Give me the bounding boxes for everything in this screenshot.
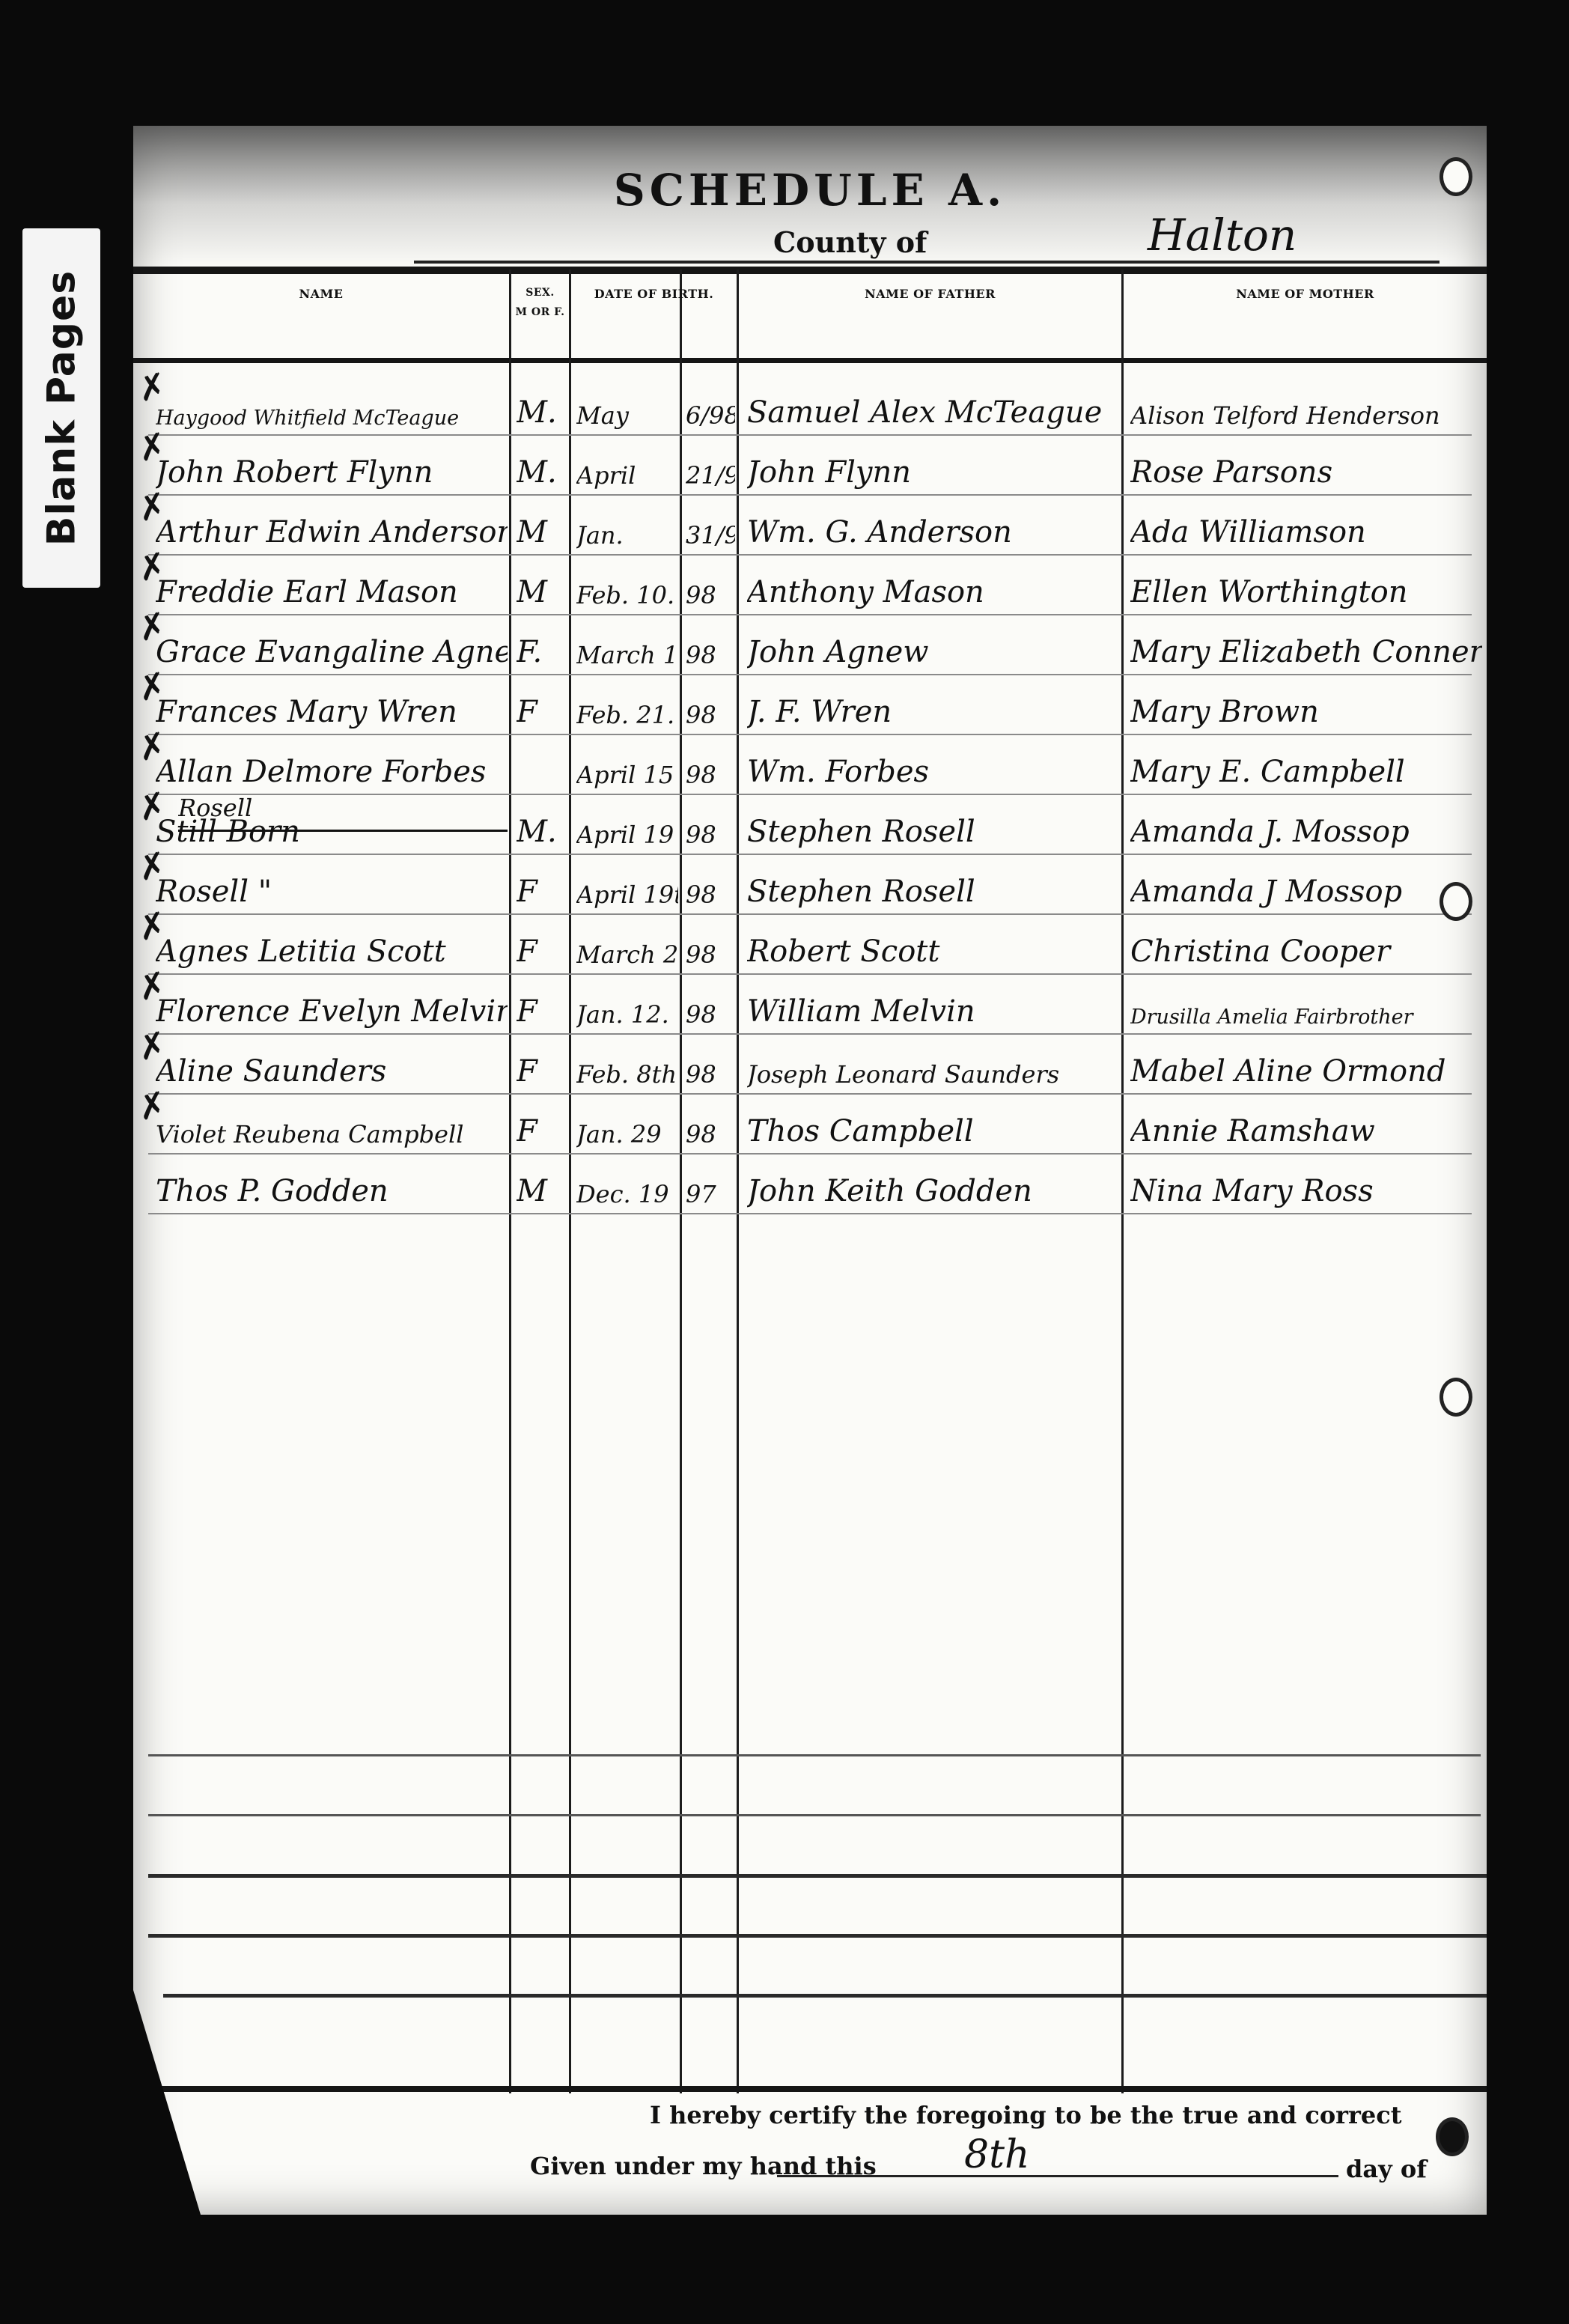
cell-date: April 19th	[576, 880, 678, 909]
county-value: Halton	[1148, 210, 1297, 261]
cell-father: John Keith Godden	[747, 1174, 1120, 1208]
row-rule	[148, 1153, 1472, 1155]
cell-year: 98	[686, 940, 735, 969]
cell-date: Jan. 12.	[576, 1000, 678, 1029]
register-row: ✗Haygood Whitfield McTeagueM.May6/98Samu…	[133, 377, 1487, 437]
cell-name: Florence Evelyn Melvin	[156, 994, 508, 1029]
cell-mother: Ellen Worthington	[1130, 575, 1482, 609]
cell-sex: M	[517, 515, 567, 550]
cell-father: Joseph Leonard Saunders	[747, 1060, 1120, 1089]
row-rule	[148, 1093, 1472, 1095]
cell-name: Aline Saunders	[156, 1054, 508, 1089]
punch-hole-top	[1439, 157, 1472, 196]
cell-date: Feb. 10.	[576, 581, 678, 609]
cross-mark-icon: ✗	[134, 365, 171, 410]
row-rule	[148, 434, 1472, 436]
cell-date: April 15	[576, 761, 678, 789]
cell-date: Feb. 8th	[576, 1060, 678, 1089]
cell-father: William Melvin	[747, 994, 1120, 1029]
column-header-sex-line2: M or F.	[511, 302, 569, 322]
given-day-value: 8th	[964, 2132, 1029, 2177]
cell-name: Agnes Letitia Scott	[156, 934, 508, 969]
row-rule	[148, 674, 1472, 675]
cell-mother: Christina Cooper	[1130, 934, 1482, 969]
register-row: ✗Aline SaundersFFeb. 8th98Joseph Leonard…	[133, 1036, 1487, 1096]
lower-rule	[148, 1934, 1487, 1938]
cell-year: 98	[686, 1120, 735, 1149]
cell-sex: F	[517, 695, 567, 729]
register-row: ✗Frances Mary WrenFFeb. 21.98J. F. WrenM…	[133, 677, 1487, 737]
register-row: ✗Rosell "FApril 19th98Stephen RosellAman…	[133, 857, 1487, 916]
register-row: ✗Violet Reubena CampbellFJan. 2998Thos C…	[133, 1096, 1487, 1156]
blank-pages-tab: Blank Pages	[22, 228, 100, 588]
cell-sex: F	[517, 874, 567, 909]
punch-hole-middle-upper	[1439, 882, 1472, 921]
cell-name: Grace Evangaline Agnew	[156, 635, 508, 669]
cell-father: Stephen Rosell	[747, 815, 1120, 849]
cell-date: Feb. 21.	[576, 701, 678, 729]
lower-rule	[163, 1994, 1487, 1998]
column-header-name: Name	[133, 287, 509, 301]
given-blank-line	[777, 2175, 1338, 2177]
cell-mother: Mary E. Campbell	[1130, 755, 1482, 789]
lower-rule	[148, 1814, 1481, 1816]
cell-name: John Robert Flynn	[156, 455, 508, 490]
cell-sex: F	[517, 1114, 567, 1149]
given-under-hand-line: Given under my hand this 8th day of	[530, 2147, 1451, 2183]
register-row: Thos P. GoddenMDec. 1997John Keith Godde…	[133, 1156, 1487, 1216]
cell-mother: Mary Elizabeth Conner	[1130, 635, 1482, 669]
torn-corner	[133, 1990, 201, 2215]
row-rule	[148, 734, 1472, 735]
cell-mother: Amanda J. Mossop	[1130, 815, 1482, 849]
cell-date: March 24	[576, 940, 678, 969]
cell-year: 97	[686, 1180, 735, 1208]
schedule-sheet: SCHEDULE A. County of Halton Name Sex. M…	[133, 126, 1487, 2215]
cell-year: 98	[686, 701, 735, 729]
cell-date: April	[576, 461, 678, 490]
row-rule	[148, 794, 1472, 795]
column-header-sex-line1: Sex.	[511, 283, 569, 302]
cell-sex: F	[517, 1054, 567, 1089]
cell-sex: M	[517, 1174, 567, 1208]
cell-mother: Mabel Aline Ormond	[1130, 1054, 1482, 1089]
punch-hole-bottom	[1436, 2117, 1469, 2156]
footer-rule	[133, 2086, 1487, 2092]
cell-sex: F.	[517, 635, 567, 669]
register-row: ✗Agnes Letitia ScottFMarch 2498Robert Sc…	[133, 916, 1487, 976]
cell-father: Stephen Rosell	[747, 874, 1120, 909]
header-top-rule	[133, 267, 1487, 274]
row-rule	[148, 614, 1472, 615]
column-header-father: Name of Father	[739, 287, 1121, 301]
cell-year: 98	[686, 641, 735, 669]
punch-hole-middle-lower	[1439, 1378, 1472, 1417]
cell-year: 98	[686, 821, 735, 849]
cell-mother: Alison Telford Henderson	[1130, 401, 1482, 430]
cell-year: 31/98	[686, 521, 735, 550]
row-rule	[148, 854, 1472, 855]
column-header-date-of-birth: Date of Birth.	[571, 287, 737, 301]
cell-father: Robert Scott	[747, 934, 1120, 969]
cell-sex: M.	[517, 395, 567, 430]
cell-mother: Drusilla Amelia Fairbrother	[1130, 1006, 1482, 1029]
register-row: ✗Arthur Edwin AndersonMJan.31/98Wm. G. A…	[133, 497, 1487, 557]
cell-father: Wm. G. Anderson	[747, 515, 1120, 550]
cell-father: John Agnew	[747, 635, 1120, 669]
cell-name: Freddie Earl Mason	[156, 575, 508, 609]
cell-year: 21/98	[686, 461, 735, 490]
cell-father: Anthony Mason	[747, 575, 1120, 609]
register-row: ✗Grace Evangaline AgnewF.March 1198John …	[133, 617, 1487, 677]
cell-father: Thos Campbell	[747, 1114, 1120, 1149]
certify-statement: I hereby certify the foregoing to be the…	[650, 2101, 1402, 2129]
register-row: ✗Florence Evelyn MelvinFJan. 12.98Willia…	[133, 976, 1487, 1036]
register-row: ✗Freddie Earl MasonMFeb. 10.98Anthony Ma…	[133, 557, 1487, 617]
cell-date: April 19	[576, 821, 678, 849]
county-line: County of Halton	[414, 216, 1439, 264]
row-rule	[148, 973, 1472, 975]
cell-name: Haygood Whitfield McTeague	[156, 407, 508, 430]
cell-name-overwrite: Rosell	[178, 794, 252, 822]
row-rule	[148, 1213, 1472, 1214]
cell-mother: Mary Brown	[1130, 695, 1482, 729]
row-rule	[148, 913, 1472, 915]
row-rule	[148, 554, 1472, 556]
row-rule	[148, 494, 1472, 496]
cell-name: Arthur Edwin Anderson	[156, 515, 508, 550]
cell-father: Wm. Forbes	[747, 755, 1120, 789]
cell-name: Violet Reubena Campbell	[156, 1120, 508, 1149]
strikethrough-line	[178, 830, 508, 832]
cell-name: Thos P. Godden	[156, 1174, 508, 1208]
register-row: ✗John Robert FlynnM.April21/98John Flynn…	[133, 437, 1487, 497]
cell-sex: M.	[517, 455, 567, 490]
cell-father: Samuel Alex McTeague	[747, 395, 1120, 430]
cell-mother: Rose Parsons	[1130, 455, 1482, 490]
cell-mother: Ada Williamson	[1130, 515, 1482, 550]
register-row: ✗Still BornM.April 1998Stephen RosellAma…	[133, 797, 1487, 857]
cell-sex: F	[517, 934, 567, 969]
lower-rule	[148, 1754, 1481, 1756]
cell-year: 98	[686, 581, 735, 609]
cell-name: Allan Delmore Forbes	[156, 755, 508, 789]
day-of-label: day of	[1346, 2155, 1427, 2183]
register-row: ✗Allan Delmore ForbesApril 1598Wm. Forbe…	[133, 737, 1487, 797]
cell-name: Rosell "	[156, 874, 508, 909]
lower-rule	[148, 1874, 1487, 1878]
cell-date: Jan.	[576, 521, 678, 550]
cell-date: Dec. 19	[576, 1180, 678, 1208]
cell-year: 98	[686, 880, 735, 909]
cell-date: Jan. 29	[576, 1120, 678, 1149]
column-header-sex: Sex. M or F.	[511, 283, 569, 322]
cell-sex: F	[517, 994, 567, 1029]
cell-year: 98	[686, 1060, 735, 1089]
cell-year: 6/98	[686, 401, 735, 430]
cell-mother: Nina Mary Ross	[1130, 1174, 1482, 1208]
cell-date: March 11	[576, 641, 678, 669]
cell-name: Frances Mary Wren	[156, 695, 508, 729]
cell-father: J. F. Wren	[747, 695, 1120, 729]
cell-year: 98	[686, 1000, 735, 1029]
cell-mother: Amanda J Mossop	[1130, 874, 1482, 909]
cell-sex: M.	[517, 815, 567, 849]
cell-sex: M	[517, 575, 567, 609]
row-rule	[148, 1033, 1472, 1035]
county-label: County of	[773, 225, 927, 259]
cell-mother: Annie Ramshaw	[1130, 1114, 1482, 1149]
cell-father: John Flynn	[747, 455, 1120, 490]
cell-year: 98	[686, 761, 735, 789]
schedule-title: SCHEDULE A.	[133, 165, 1487, 216]
column-header-mother: Name of Mother	[1124, 287, 1487, 301]
header-bottom-rule	[133, 358, 1487, 363]
cell-date: May	[576, 401, 678, 430]
blank-pages-label: Blank Pages	[39, 270, 84, 547]
